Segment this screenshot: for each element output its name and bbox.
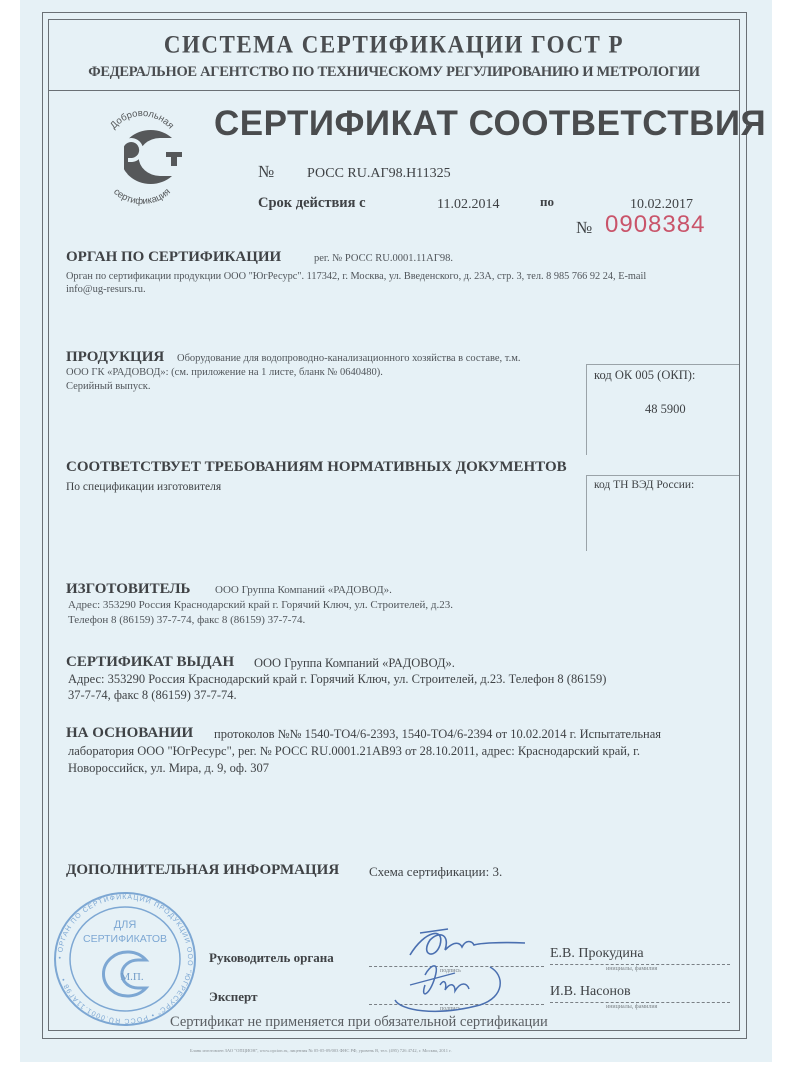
additional-info-heading: ДОПОЛНИТЕЛЬНАЯ ИНФОРМАЦИЯ: [66, 862, 339, 879]
svg-text:М.П.: М.П.: [120, 971, 143, 983]
basis-line-2: лаборатория ООО "ЮгРесурс", рег. № РОСС …: [68, 744, 640, 759]
issued-to-name: ООО Группа Компаний «РАДОВОД».: [254, 656, 455, 671]
header-divider: [49, 90, 739, 91]
expert-name-line: [550, 1002, 730, 1003]
certification-body-email: info@ug-resurs.ru.: [66, 284, 146, 295]
head-name-caption: инициалы, фамилия: [606, 966, 657, 972]
printer-line: Бланк изготовлен ЗАО "ОПЦИОН", www.opcio…: [190, 1048, 452, 1053]
certification-body-heading: ОРГАН ПО СЕРТИФИКАЦИИ: [66, 249, 281, 266]
compliance-text: По спецификации изготовителя: [66, 481, 221, 493]
basis-line-1: протоколов №№ 1540-ТО4/6-2393, 1540-ТО4/…: [214, 727, 661, 742]
issued-to-phone: 37-7-74, факс 8 (86159) 37-7-74.: [68, 688, 237, 703]
cert-number-label: №: [258, 162, 274, 182]
basis-heading: НА ОСНОВАНИИ: [66, 725, 193, 742]
rst-logo-icon: Добровольная сертификация: [92, 108, 192, 204]
blank-number-label: №: [576, 218, 592, 238]
product-line-1: Оборудование для водопроводно-канализаци…: [177, 353, 520, 364]
svg-text:СЕРТИФИКАТОВ: СЕРТИФИКАТОВ: [83, 933, 167, 945]
head-name-line: [550, 964, 730, 965]
expert-name: И.В. Насонов: [550, 984, 631, 1000]
additional-info-text: Схема сертификации: 3.: [369, 864, 502, 880]
product-line-3: Серийный выпуск.: [66, 381, 150, 392]
okp-code-value: 48 5900: [645, 402, 686, 417]
svg-text:ДЛЯ: ДЛЯ: [114, 919, 137, 931]
compliance-heading: СООТВЕТСТВУЕТ ТРЕБОВАНИЯМ НОРМАТИВНЫХ ДО…: [66, 459, 567, 476]
manufacturer-heading: ИЗГОТОВИТЕЛЬ: [66, 581, 190, 598]
manufacturer-name: ООО Группа Компаний «РАДОВОД».: [215, 584, 392, 596]
expert-signature-icon: [385, 955, 525, 1020]
cert-number: РОСС RU.АГ98.Н11325: [307, 166, 451, 182]
manufacturer-phone: Телефон 8 (86159) 37-7-74, факс 8 (86159…: [68, 614, 305, 626]
svg-text:• ОРГАН ПО СЕРТИФИКАЦИИ ПРОДУК: • ОРГАН ПО СЕРТИФИКАЦИИ ПРОДУКЦИИ ООО "Ю…: [57, 894, 193, 1024]
system-title: СИСТЕМА СЕРТИФИКАЦИИ ГОСТ Р: [48, 31, 740, 60]
okp-code-label: код ОК 005 (ОКП):: [594, 368, 695, 383]
certification-body-reg: рег. № РОСС RU.0001.11АГ98.: [314, 253, 453, 264]
certification-body-address: Орган по сертификации продукции ООО "ЮгР…: [66, 271, 646, 282]
svg-text:Добровольная: Добровольная: [108, 108, 176, 131]
tnved-code-label: код ТН ВЭД России:: [594, 479, 694, 491]
expert-name-caption: инициалы, фамилия: [606, 1004, 657, 1010]
valid-from: 11.02.2014: [437, 197, 499, 213]
certificate-title: СЕРТИФИКАТ СООТВЕТСТВИЯ: [214, 104, 766, 144]
basis-line-3: Новороссийск, ул. Мира, д. 9, оф. 307: [68, 761, 269, 776]
issued-to-heading: СЕРТИФИКАТ ВЫДАН: [66, 654, 234, 671]
product-line-2: ООО ГК «РАДОВОД»: (см. приложение на 1 л…: [66, 367, 383, 378]
footer-note: Сертификат не применяется при обязательн…: [170, 1014, 548, 1031]
product-heading: ПРОДУКЦИЯ: [66, 349, 164, 366]
head-of-body-name: Е.В. Прокудина: [550, 946, 644, 962]
issued-to-address: Адрес: 353290 Россия Краснодарский край …: [68, 672, 606, 687]
blank-number: 0908384: [605, 211, 705, 239]
head-of-body-label: Руководитель органа: [209, 950, 334, 966]
certification-stamp-icon: • ОРГАН ПО СЕРТИФИКАЦИИ ПРОДУКЦИИ ООО "Ю…: [50, 888, 200, 1030]
agency-name: ФЕДЕРАЛЬНОЕ АГЕНТСТВО ПО ТЕХНИЧЕСКОМУ РЕ…: [48, 64, 740, 81]
manufacturer-address: Адрес: 353290 Россия Краснодарский край …: [68, 599, 453, 611]
to-label: по: [540, 194, 554, 210]
validity-label: Срок действия с: [258, 195, 366, 212]
expert-label: Эксперт: [209, 989, 257, 1005]
